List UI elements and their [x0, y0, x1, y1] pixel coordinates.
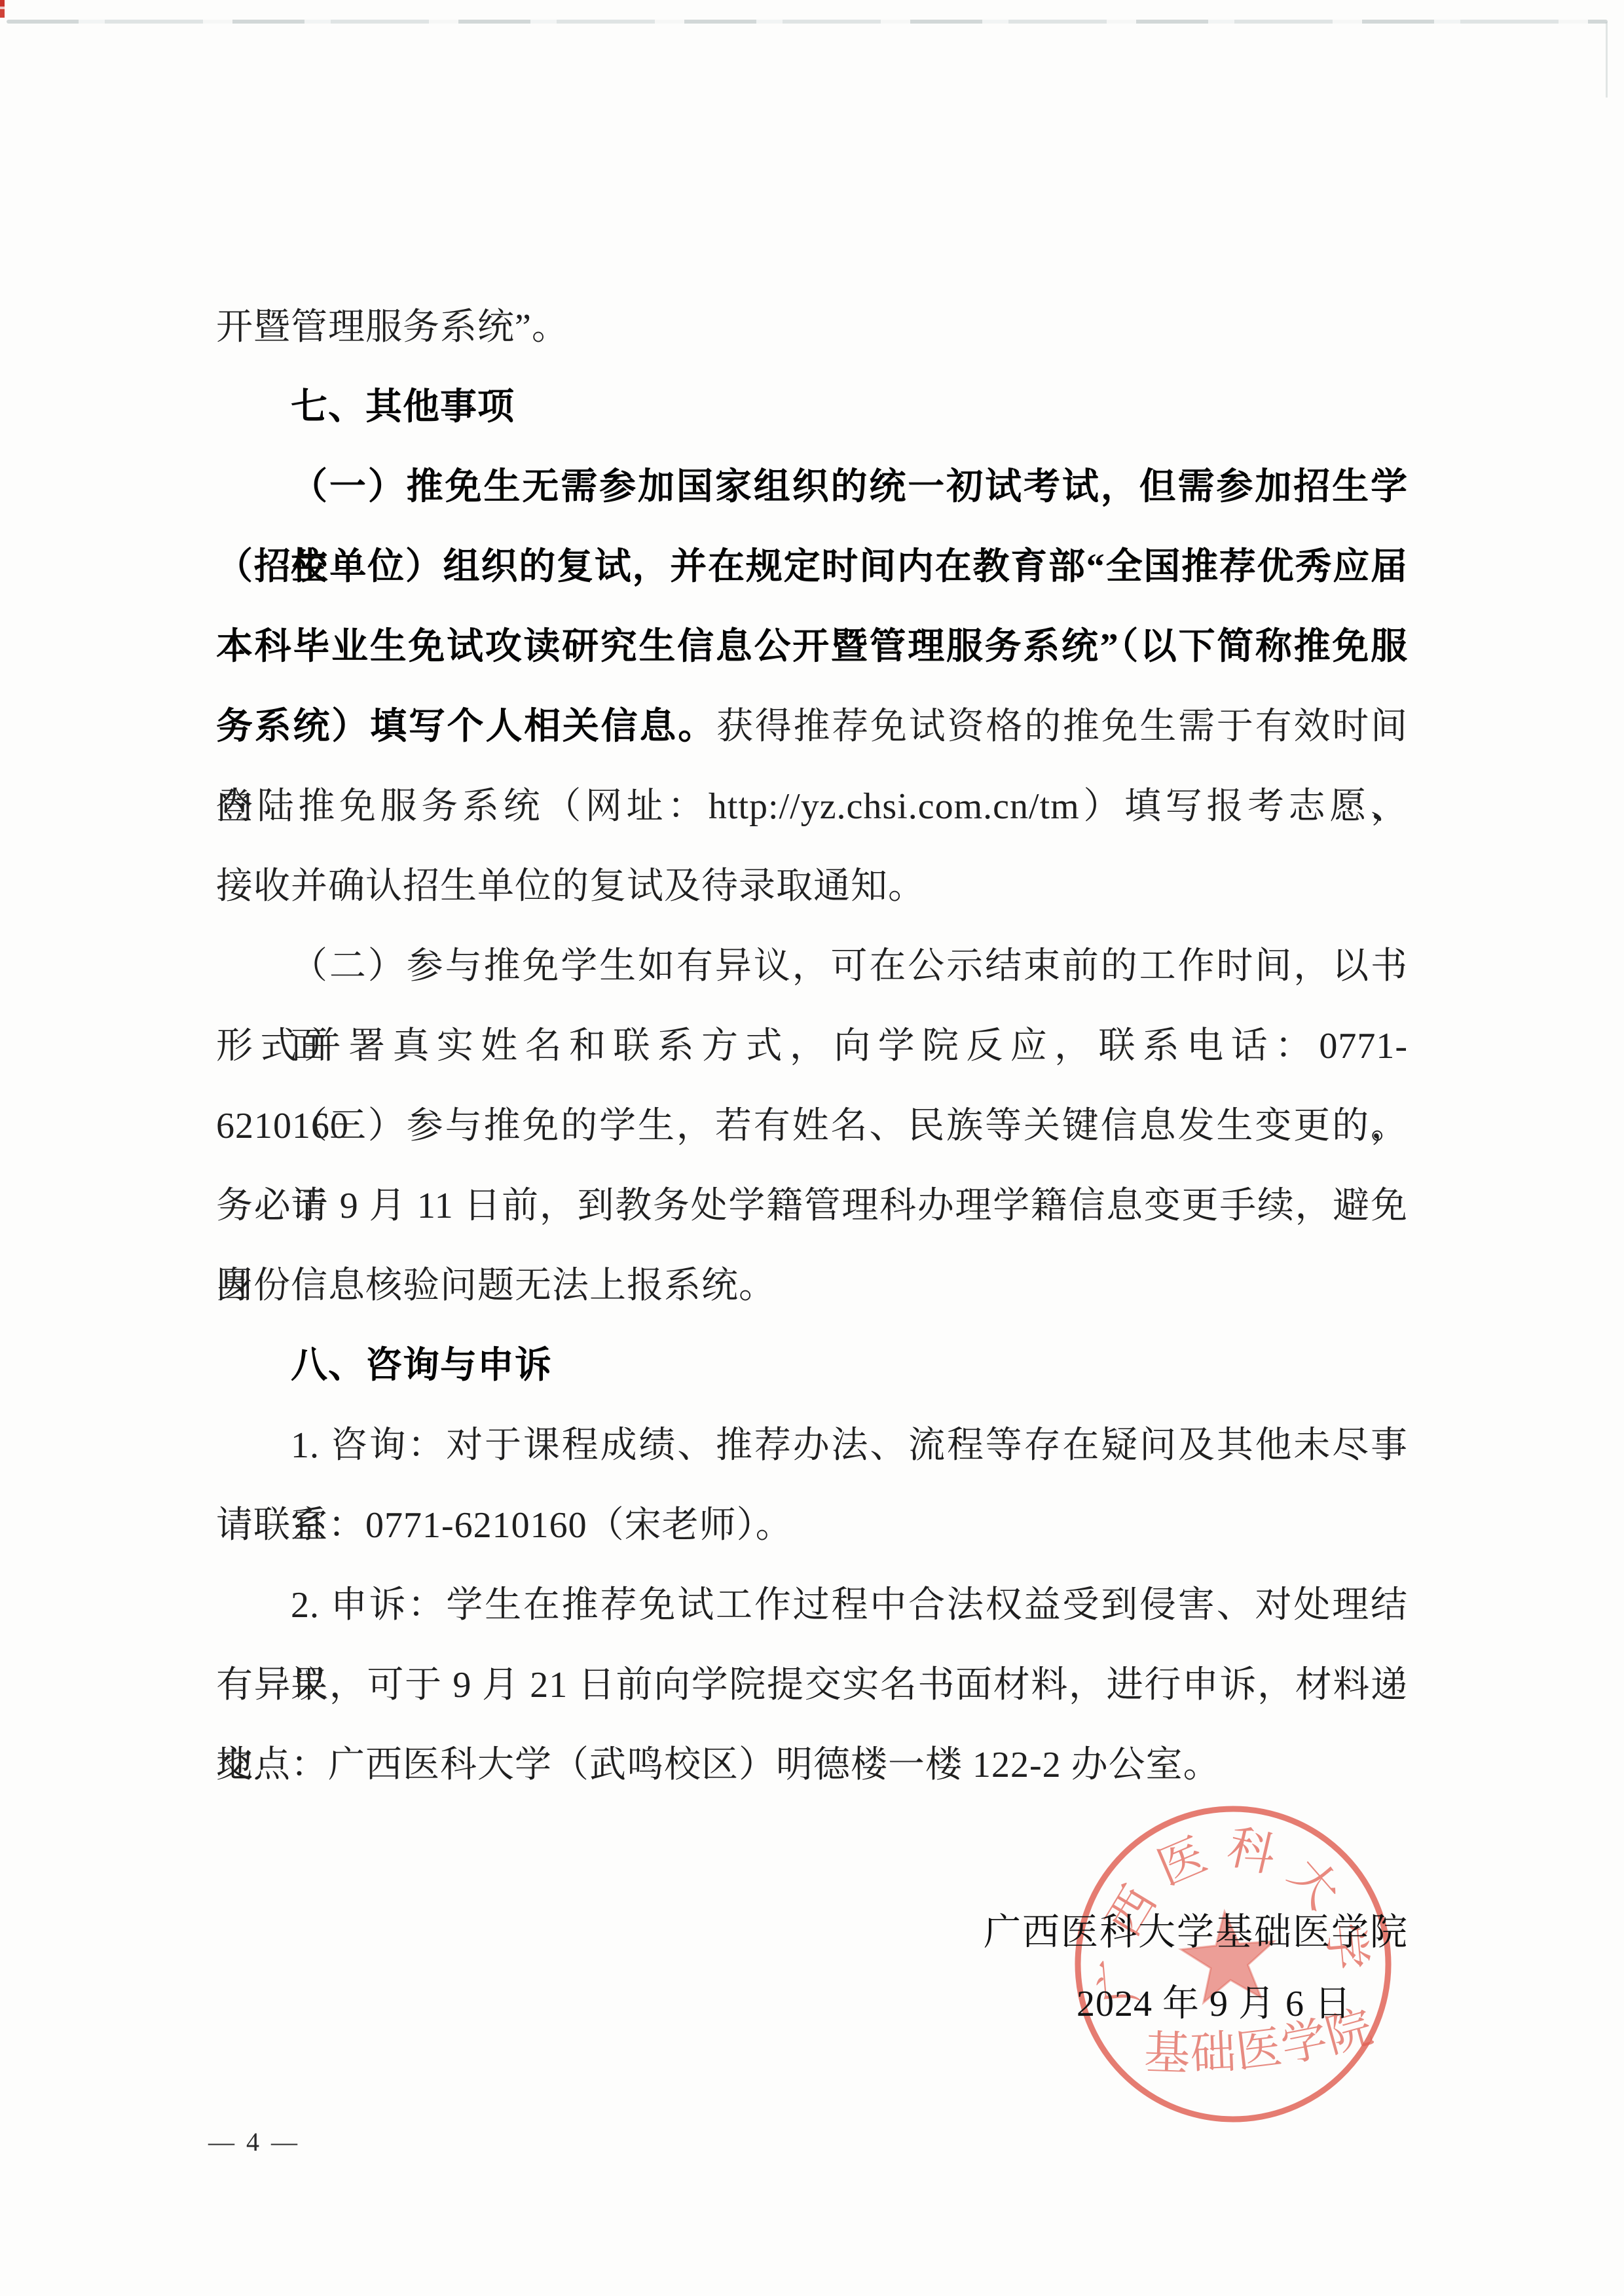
- doc-line: 务系统）填写个人相关信息。获得推荐免试资格的推免生需于有效时间内，: [216, 687, 1408, 767]
- page-number: — 4 —: [208, 2126, 300, 2157]
- line-text-segment: 接收并确认招生单位的复试及待录取通知。: [216, 866, 925, 907]
- doc-line: 形式并署真实姓名和联系方式，向学院反应，联系电话：0771-6210160。: [216, 1006, 1408, 1086]
- doc-line: 2. 申诉：学生在推荐免试工作过程中合法权益受到侵害、对处理结果: [216, 1565, 1408, 1645]
- issuer-signature: 广西医科大学基础医学院: [984, 1909, 1409, 1956]
- doc-line: （招生单位）组织的复试，并在规定时间内在教育部“全国推荐优秀应届: [216, 527, 1408, 607]
- line-bold-segment: 务系统）填写个人相关信息。: [216, 706, 716, 747]
- section-heading: 七、其他事项: [216, 367, 1408, 447]
- line-text-segment: 身份信息核验问题无法上报系统。: [216, 1266, 776, 1306]
- issue-date: 2024 年 9 月 6 日: [1077, 1982, 1352, 2026]
- official-seal-stamp: 广西医科大学 基础医学院: [1063, 1794, 1403, 2134]
- doc-line: 地点：广西医科大学（武鸣校区）明德楼一楼 122-2 办公室。: [216, 1725, 1408, 1805]
- document-body: 开暨管理服务系统”。 七、其他事项 （一）推免生无需参加国家组织的统一初试考试，…: [216, 287, 1408, 1805]
- doc-line: 请联系：0771-6210160（宋老师）。: [216, 1485, 1408, 1565]
- doc-line: 接收并确认招生单位的复试及待录取通知。: [216, 847, 1408, 926]
- doc-line: （三）参与推免的学生，若有姓名、民族等关键信息发生变更的，请: [216, 1086, 1408, 1166]
- line-text-segment: 登陆推免服务系统（网址：http://yz.chsi.com.cn/tm）填写报…: [216, 786, 1408, 827]
- line-bold-segment: 七、其他事项: [291, 387, 515, 428]
- line-text-segment: 开暨管理服务系统”。: [216, 307, 569, 348]
- doc-line: 身份信息核验问题无法上报系统。: [216, 1246, 1408, 1326]
- line-bold-segment: 本科毕业生免试攻读研究生信息公开暨管理服务系统”（以下简称推免服: [216, 627, 1408, 667]
- scan-artifact-red-corner: [0, 0, 5, 18]
- doc-line: 务必于 9 月 11 日前，到教务处学籍管理科办理学籍信息变更手续，避免因: [216, 1166, 1408, 1246]
- scanned-document-page: 开暨管理服务系统”。 七、其他事项 （一）推免生无需参加国家组织的统一初试考试，…: [0, 0, 1624, 2296]
- line-bold-segment: （招生单位）组织的复试，并在规定时间内在教育部“全国推荐优秀应届: [216, 547, 1408, 587]
- doc-line: 1. 咨询：对于课程成绩、推荐办法、流程等存在疑问及其他未尽事宜: [216, 1406, 1408, 1485]
- scan-artifact-right-edge: [1606, 22, 1608, 98]
- line-bold-segment: 八、咨询与申诉: [291, 1345, 552, 1386]
- doc-line: 登陆推免服务系统（网址：http://yz.chsi.com.cn/tm）填写报…: [216, 767, 1408, 847]
- doc-line: 开暨管理服务系统”。: [216, 287, 1408, 367]
- doc-line: 本科毕业生免试攻读研究生信息公开暨管理服务系统”（以下简称推免服: [216, 607, 1408, 687]
- doc-line: 有异议，可于 9 月 21 日前向学院提交实名书面材料，进行申诉，材料递交: [216, 1645, 1408, 1725]
- doc-line: （二）参与推免学生如有异议，可在公示结束前的工作时间，以书面: [216, 926, 1408, 1006]
- scan-artifact-top-line: [7, 20, 1608, 24]
- section-heading: 八、咨询与申诉: [216, 1326, 1408, 1406]
- line-text-segment: 地点：广西医科大学（武鸣校区）明德楼一楼 122-2 办公室。: [216, 1745, 1221, 1785]
- doc-line: （一）推免生无需参加国家组织的统一初试考试，但需参加招生学校: [216, 447, 1408, 527]
- line-text-segment: 请联系：0771-6210160（宋老师）。: [216, 1505, 793, 1546]
